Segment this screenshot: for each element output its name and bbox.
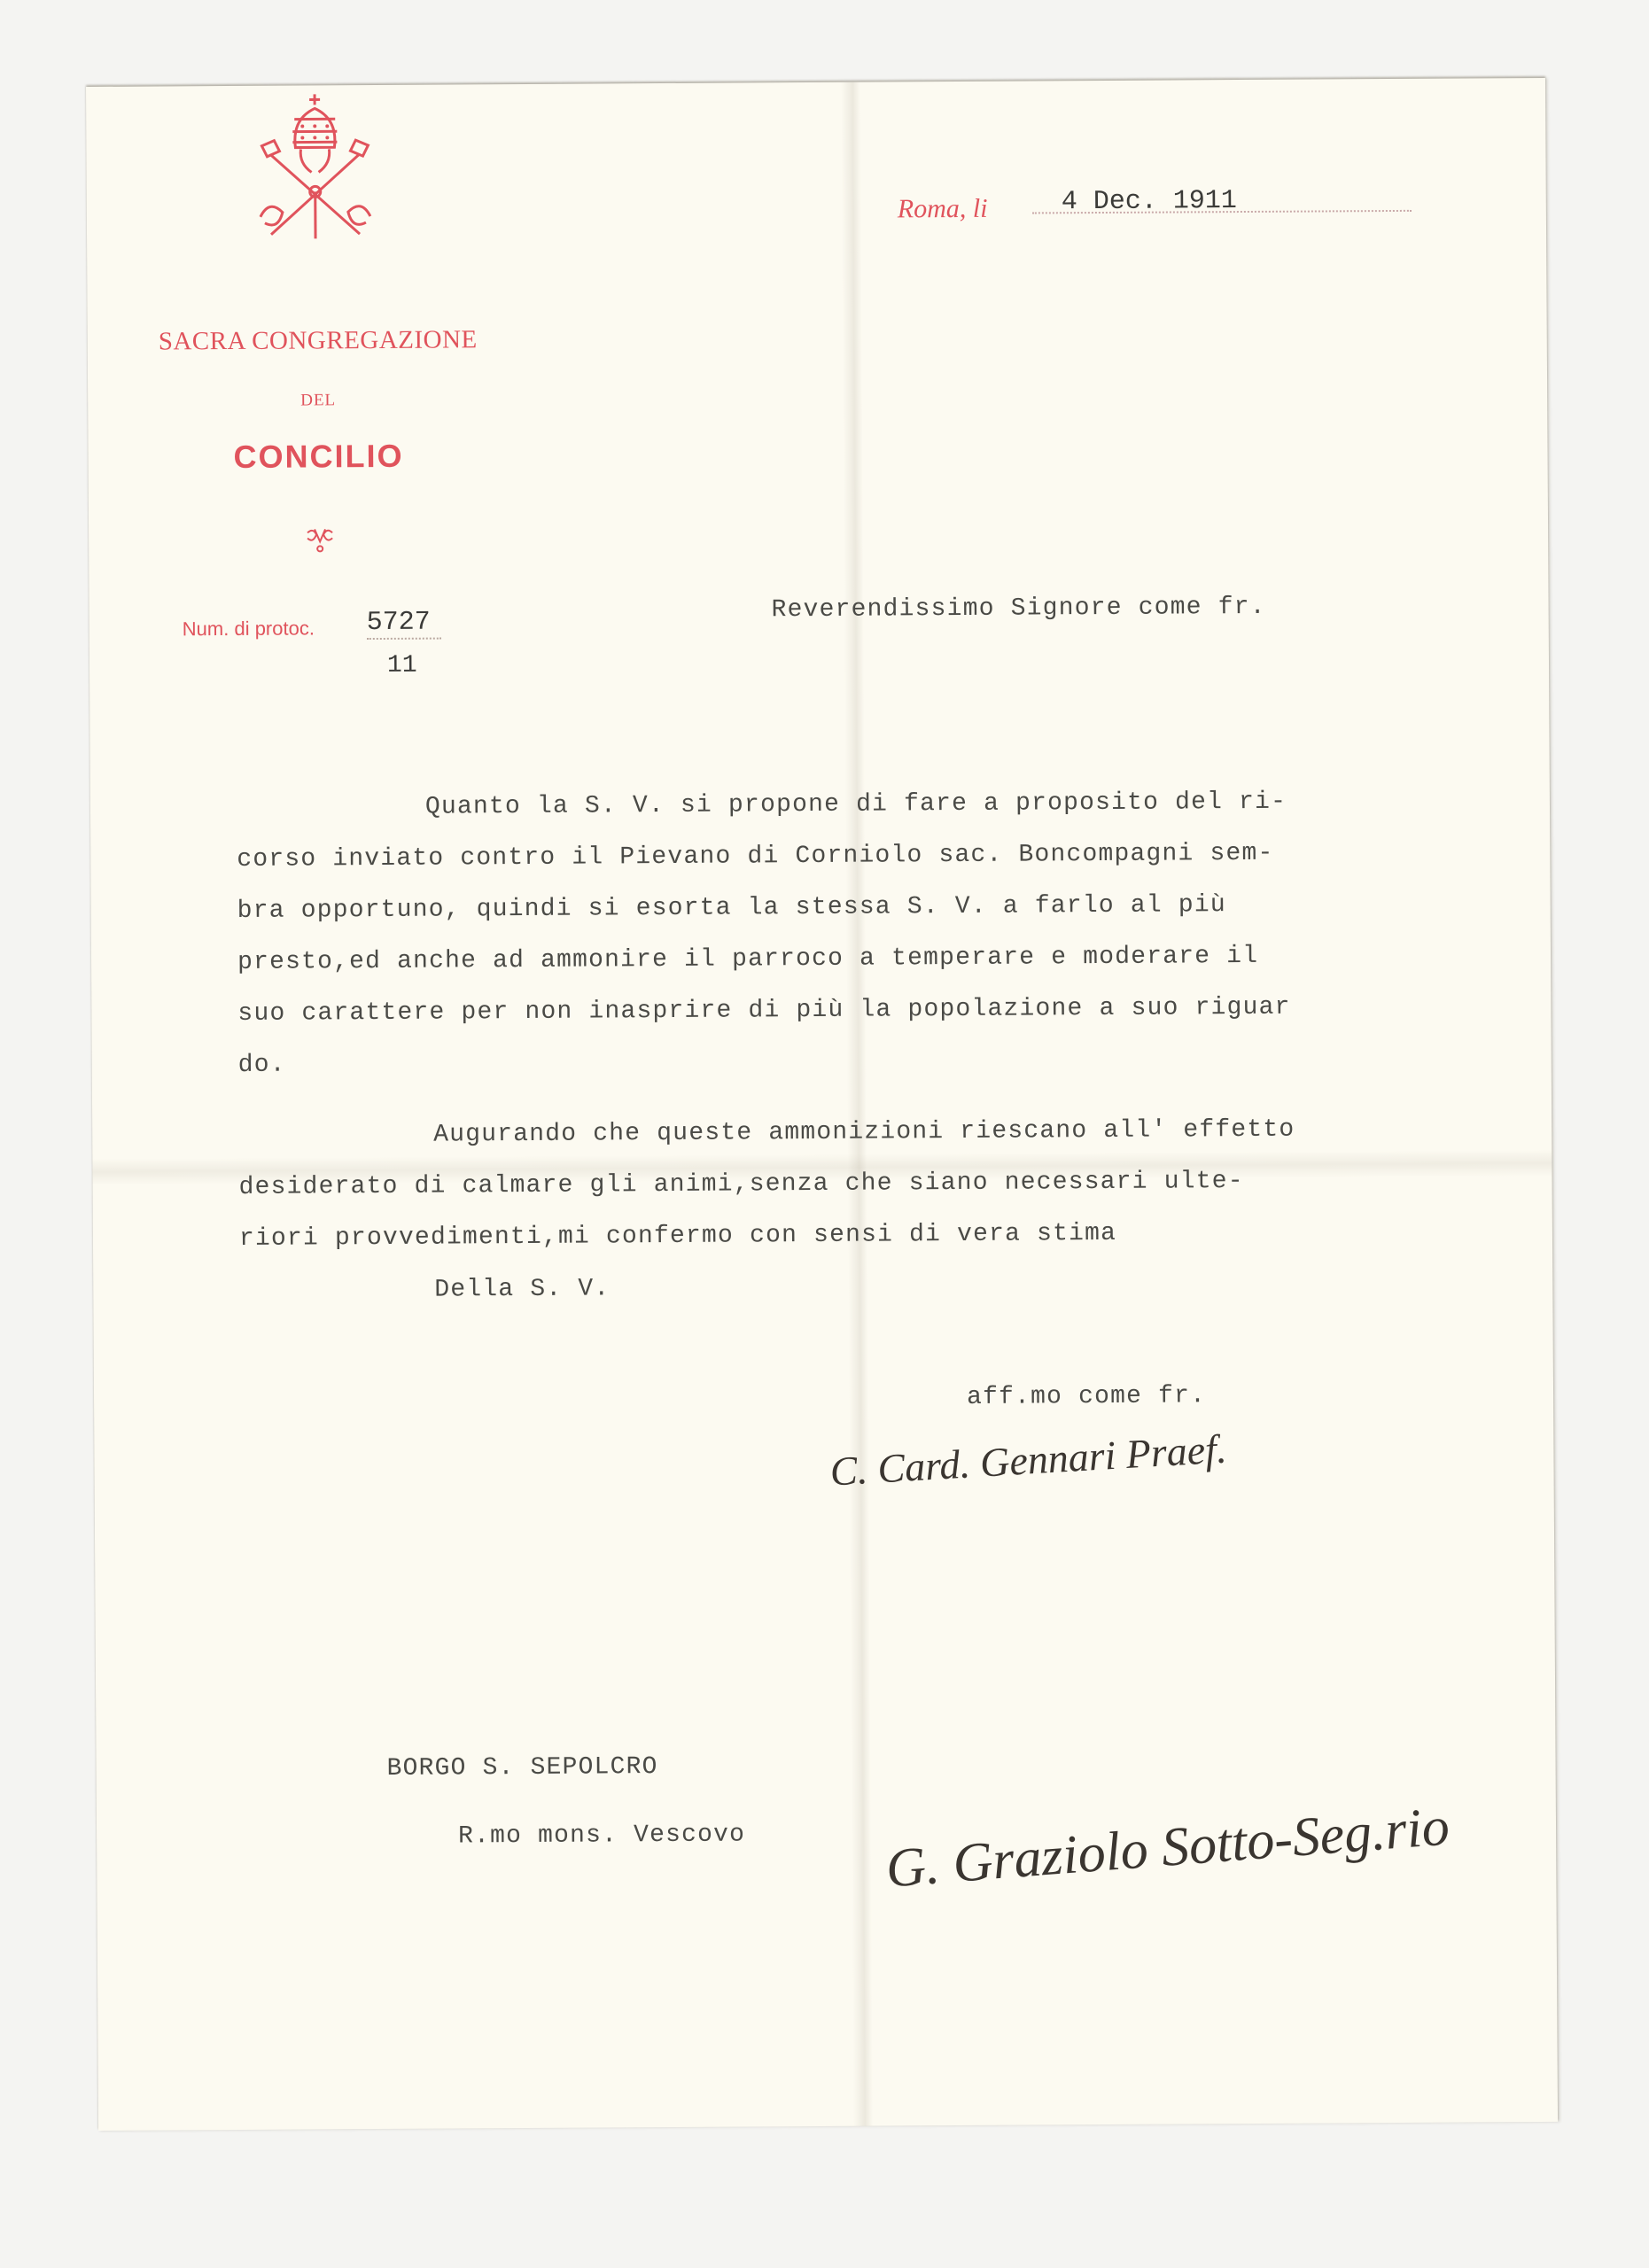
body-line: riori provvedimenti,mi confermo con sens… [239,1220,1116,1253]
signature-secretary: G. Graziolo Sotto-Seg.rio [883,1796,1451,1901]
letterhead-title: SACRA CONGREGAZIONE [123,325,513,357]
addressee-place: BORGO S. SEPOLCRO [387,1753,658,1783]
body-line: suo carattere per non inasprire di più l… [237,994,1290,1028]
body-line: Quanto la S. V. si propone di fare a pro… [425,788,1287,821]
protocol-label: Num. di protoc. [183,617,315,641]
closing-line: Della S. V. [434,1275,610,1303]
protocol-sub-number: 11 [387,652,417,680]
complimentary-close: aff.mo come fr. [967,1382,1206,1411]
signature-cardinal: C. Card. Gennari Praef. [828,1425,1227,1495]
salutation: Reverendissimo Signore come fr. [772,594,1266,624]
letter-sheet: SACRA CONGREGAZIONE DEL CONCILIO Num. di… [86,78,1558,2131]
body-line: desiderato di calmare gli animi,senza ch… [238,1168,1243,1201]
papal-tiara-crossed-keys-icon [253,92,377,244]
vertical-fold-crease [841,82,873,2126]
body-line: do. [238,1052,286,1079]
dateline-place: Roma, li [898,194,988,225]
letterhead-organization: CONCILIO [123,437,513,477]
body-line: bra opportuno, quindi si esorta la stess… [237,891,1226,925]
fleuron-ornament-icon [304,524,336,555]
body-line: corso inviato contro il Pievano di Corni… [237,840,1273,874]
body-line: Augurando che queste ammonizioni riescan… [433,1116,1295,1149]
letterhead-subtitle: DEL [123,390,513,412]
protocol-number: 5727 [367,608,441,641]
body-line: presto,ed anche ad ammonire il parroco a… [237,943,1258,976]
dateline-date: 4 Dec. 1911 [1062,186,1237,217]
addressee-title: R.mo mons. Vescovo [458,1821,745,1850]
